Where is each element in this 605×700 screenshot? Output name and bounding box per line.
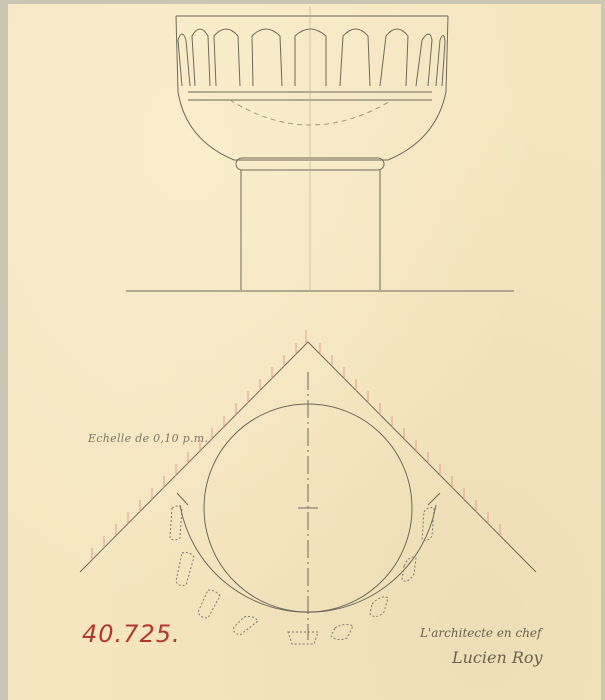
inventory-number: 40.725. xyxy=(82,620,181,648)
architectural-drawing xyxy=(0,0,605,700)
wall-hatching xyxy=(92,330,500,560)
scale-note: Echelle de 0,10 p.m. xyxy=(88,432,208,445)
signature-title: L'architecte en chef xyxy=(420,626,541,640)
signature-name: Lucien Roy xyxy=(452,648,543,667)
elevation-view xyxy=(126,6,514,291)
plan-view xyxy=(80,342,536,644)
